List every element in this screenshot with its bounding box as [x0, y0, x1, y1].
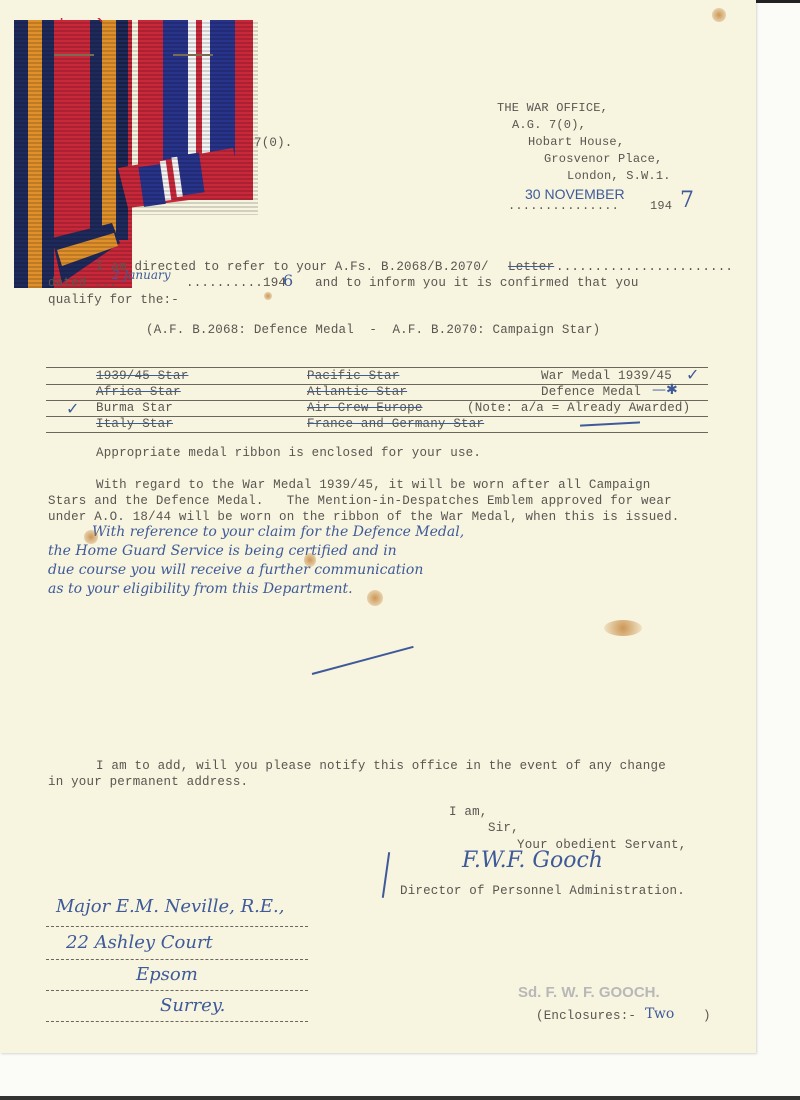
- award-africa-star: Africa Star: [96, 385, 181, 399]
- check-icon: ✓: [66, 399, 79, 418]
- stain: [367, 590, 383, 606]
- check-icon: ✓: [686, 365, 699, 384]
- intro-rest: and to inform you it is confirmed that y…: [292, 276, 639, 290]
- signatory-title: Director of Personnel Administration.: [400, 884, 685, 898]
- burma-star-ribbon: [2, 18, 132, 288]
- signature-stamp: Sd. F. W. F. GOOCH.: [518, 984, 660, 1001]
- paragraph-line: With regard to the War Medal 1939/45, it…: [96, 478, 651, 492]
- award-1939-45-star: 1939/45 Star: [96, 369, 188, 383]
- award-france-germany-star: France and Germany Star: [307, 417, 484, 431]
- war-medal-ribbon: [118, 18, 258, 218]
- stain: [604, 620, 642, 636]
- award-note: (Note: a/a = Already Awarded): [467, 401, 690, 415]
- enclosures-label: (Enclosures:-: [536, 1009, 636, 1023]
- ribbon-enclosed-text: Appropriate medal ribbon is enclosed for…: [96, 446, 481, 460]
- date-year-hand: 7: [680, 188, 694, 213]
- scan-edge-bottom: [0, 1096, 800, 1100]
- intro-struck: Letter: [508, 260, 554, 274]
- signoff-line: Sir,: [488, 821, 519, 835]
- paragraph-line: I am to add, will you please notify this…: [96, 759, 666, 773]
- paragraph-line: under A.O. 18/44 will be worn on the rib…: [48, 510, 680, 524]
- date-dots: ...............: [508, 199, 619, 213]
- intro-dots: .......................: [556, 260, 733, 274]
- stain: [84, 530, 98, 544]
- address-line: Surrey.: [160, 995, 225, 1016]
- letterhead-line: London, S.W.1.: [567, 169, 671, 183]
- date-year: 194: [650, 199, 672, 213]
- signoff-line: I am,: [449, 805, 488, 819]
- letterhead-line: Grosvenor Place,: [544, 152, 662, 166]
- letterhead-line: A.G. 7(0),: [512, 118, 586, 132]
- scan-edge: [756, 0, 800, 3]
- address-line: 22 Ashley Court: [66, 932, 213, 953]
- address-line: Epsom: [136, 964, 198, 985]
- asterisk-mark-icon: —✱: [652, 382, 678, 398]
- paragraph-line: in your permanent address.: [48, 775, 248, 789]
- letterhead-line: Hobart House,: [528, 135, 624, 149]
- award-defence-medal: Defence Medal: [541, 385, 641, 399]
- intro-line: qualify for the:-: [48, 293, 179, 307]
- award-war-medal: War Medal 1939/45: [541, 369, 672, 383]
- address-line: Major E.M. Neville, R.E.,: [56, 896, 284, 917]
- enclosures-count: Two: [645, 1006, 674, 1022]
- enclosures-close: ): [703, 1009, 711, 1023]
- reference-fragment: 7(0).: [254, 136, 293, 150]
- handwritten-line: due course you will receive a further co…: [48, 562, 423, 578]
- paragraph-line: Stars and the Defence Medal. The Mention…: [48, 494, 672, 508]
- award-burma-star: Burma Star: [96, 401, 173, 415]
- award-italy-star: Italy Star: [96, 417, 173, 431]
- handwritten-line: as to your eligibility from this Departm…: [48, 581, 353, 597]
- intro-dots2: ..........194: [186, 276, 286, 290]
- stain: [712, 8, 726, 22]
- signature: F.W.F. Gooch: [462, 848, 603, 873]
- forms-note: (A.F. B.2068: Defence Medal - A.F. B.207…: [146, 323, 600, 337]
- intro-dated: dated ...: [48, 276, 117, 290]
- award-atlantic-star: Atlantic Star: [307, 385, 407, 399]
- stain: [264, 292, 272, 300]
- dated-handwritten: 2 January: [112, 268, 171, 282]
- stain: [304, 553, 316, 567]
- letterhead-line: THE WAR OFFICE,: [497, 101, 608, 115]
- handwritten-line: With reference to your claim for the Def…: [92, 524, 464, 540]
- award-air-crew-europe: Air Crew Europe: [307, 401, 423, 415]
- award-pacific-star: Pacific Star: [307, 369, 399, 383]
- handwritten-line: the Home Guard Service is being certifie…: [48, 543, 397, 559]
